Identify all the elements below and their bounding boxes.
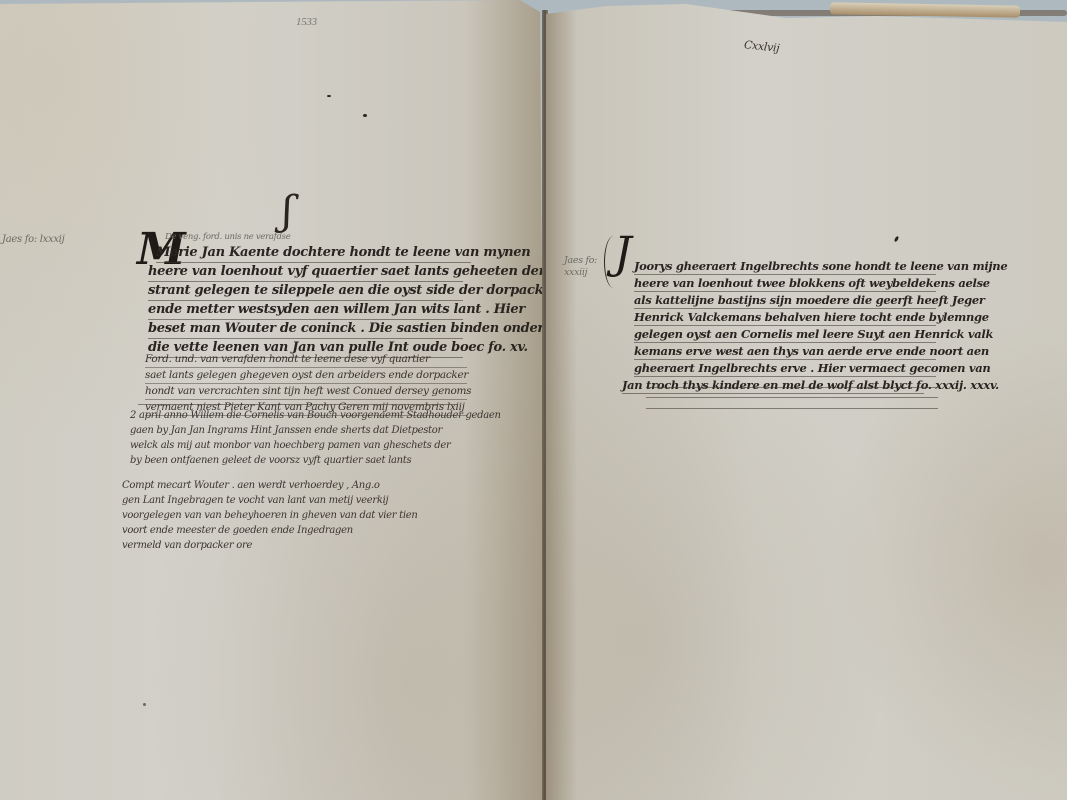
initial-flourish	[604, 236, 623, 288]
entry-addendum: Ford. und. van verafden hondt te leene d…	[145, 352, 467, 416]
note-line: voort ende meester de goeden ende Ingedr…	[122, 523, 512, 538]
note-line: by been ontfaenen geleet de voorsz vyft …	[130, 453, 510, 468]
ruled-line	[646, 408, 938, 409]
ruled-line	[646, 387, 938, 388]
flourish-mark: ʃ	[282, 188, 293, 234]
entry-main-text: Joorys gheeraert Ingelbrechts sone hondt…	[634, 258, 936, 394]
text-line: Jan troch thys kindere en mel de wolf al…	[622, 377, 924, 394]
entry-main-text: Marie Jan Kaente dochtere hondt te leene…	[148, 244, 463, 358]
note-line: vermeld van dorpacker ore	[122, 538, 512, 553]
note-line: gaen by Jan Jan Ingrams Hint Janssen end…	[130, 423, 510, 438]
margin-note-line: xxxiij	[564, 267, 597, 279]
margin-note-line: Jaes fo:	[564, 255, 597, 267]
text-line: Marie Jan Kaente dochtere hondt te leene…	[156, 244, 471, 263]
left-page: 1533 Jaes fo: lxxxij ʃ M De veng. ford. …	[0, 0, 546, 800]
text-line: gheeraert Ingelbrechts erve . Hier verma…	[634, 360, 936, 377]
text-line: beset man Wouter de coninck . Die sastie…	[148, 320, 463, 339]
text-line: als kattelijne bastijns sijn moedere die…	[634, 292, 936, 309]
note-line: voorgelegen van van beheyhoeren in gheve…	[122, 508, 512, 523]
text-line: ende metter westsyden aen willem Jan wit…	[148, 301, 463, 320]
text-line: heere van loenhout vyf quaertier saet la…	[148, 263, 463, 282]
pencil-page-number: 1533	[296, 16, 317, 28]
text-line: strant gelegen te sileppele aen die oyst…	[148, 282, 463, 301]
ruled-line	[646, 397, 938, 398]
note-block-1: 2 april anno Willem die Cornelis van Bou…	[130, 408, 510, 468]
text-line: heere van loenhout twee blokkens oft wey…	[634, 275, 936, 292]
ruled-line	[138, 404, 458, 405]
ink-spot	[363, 114, 367, 117]
text-line: Joorys gheeraert Ingelbrechts sone hondt…	[634, 258, 936, 275]
right-page: Cxxlvij Jaes fo: xxxiij J Joorys gheerae…	[546, 0, 1067, 800]
margin-note: Jaes fo: xxxiij	[564, 255, 597, 279]
addendum-line: hondt van vercrachten sint tijn heft wes…	[145, 384, 467, 400]
margin-note: Jaes fo: lxxxij	[2, 234, 64, 245]
heading-note: De veng. ford. unis ne verafdse	[165, 232, 290, 242]
text-line: Henrick Valckemans behalven hiere tocht …	[634, 309, 936, 326]
ink-spot	[327, 95, 331, 97]
ink-mark	[894, 236, 900, 243]
addendum-line: Ford. und. van verafden hondt te leene d…	[145, 352, 467, 368]
text-line: kemans erve west aen thys van aerde erve…	[634, 343, 936, 360]
addendum-line: saet lants gelegen ghegeven oyst den arb…	[145, 368, 467, 384]
note-line: welck als mij aut monbor van hoechberg p…	[130, 438, 510, 453]
note-line: Compt mecart Wouter . aen werdt verhoerd…	[122, 478, 512, 493]
note-line: gen Lant Ingebragen te vocht van lant va…	[122, 493, 512, 508]
ink-spot	[143, 703, 146, 706]
folio-number: Cxxlvij	[743, 38, 780, 55]
note-line: 2 april anno Willem die Cornelis van Bou…	[130, 408, 510, 423]
text-line: gelegen oyst aen Cornelis mel leere Suyt…	[634, 326, 936, 343]
note-block-2: Compt mecart Wouter . aen werdt verhoerd…	[122, 478, 512, 553]
